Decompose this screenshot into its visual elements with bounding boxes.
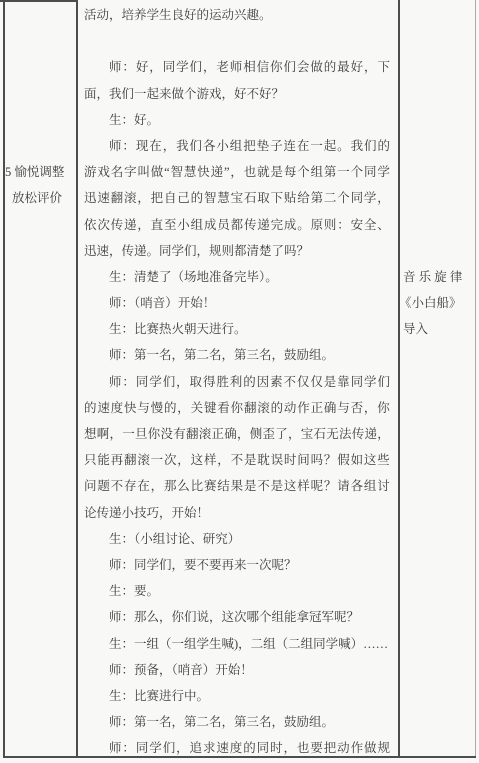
dialogue-column: 活动，培养学生良好的运动兴趣。师：好，同学们，老师相信你们会做的最好，下面，我们… [84, 2, 390, 761]
dialogue-line: 师：同学们，追求速度的同时，也要把动作做规 [84, 735, 390, 761]
dialogue-line: 迅速，传递。同学们，规则都清楚了吗？ [84, 238, 390, 264]
table-border-right [475, 0, 476, 758]
resource-column: 音 乐 旋 律《小白船》导入 [403, 264, 475, 343]
table-border-left [3, 0, 5, 758]
dialogue-line: 面，我们一起来做个游戏，好不好？ [84, 81, 390, 107]
dialogue-line: 师：那么，你们说，这次哪个组能拿冠军呢？ [84, 604, 390, 630]
table-divider-content-resource [398, 0, 400, 758]
stage-label-line: 5 愉悦调整 [5, 159, 75, 185]
dialogue-line: 生：清楚了（场地准备完毕）。 [84, 264, 390, 290]
dialogue-line: 的速度快与慢的，关键看你翻滚的动作正确与否，你 [84, 395, 390, 421]
dialogue-line: 只能再翻滚一次，这样，不是耽误时间吗？假如这些 [84, 447, 390, 473]
dialogue-line: 生：比赛进行中。 [84, 683, 390, 709]
dialogue-line: 问题不存在，那么比赛结果是不是这样呢？请各组讨 [84, 473, 390, 499]
dialogue-line: 生：好。 [84, 107, 390, 133]
stage-column: 5 愉悦调整放松评价 [5, 159, 75, 211]
dialogue-line: 论传递小技巧，开始！ [84, 500, 390, 526]
dialogue-line: 师：好，同学们，老师相信你们会做的最好，下 [84, 54, 390, 80]
dialogue-line: 依次传递，直至小组成员都传递完成。原则：安全、 [84, 212, 390, 238]
table-divider-stage-content [76, 0, 78, 758]
dialogue-line: 师：同学们，取得胜利的因素不仅仅是靠同学们 [84, 369, 390, 395]
dialogue-line: 生：（小组讨论、研究） [84, 526, 390, 552]
resource-note-line: 导入 [403, 316, 475, 342]
dialogue-line: 师：同学们，要不要再来一次呢？ [84, 552, 390, 578]
dialogue-line: 师：第一名，第二名，第三名，鼓励组。 [84, 709, 390, 735]
dialogue-line: 活动，培养学生良好的运动兴趣。 [84, 2, 390, 28]
dialogue-line: 生：一组（一组学生喊)，二组（二组同学喊）…… [84, 631, 390, 657]
resource-note-line: 音 乐 旋 律 [403, 264, 475, 290]
dialogue-line: 师：第一名，第二名，第三名，鼓励组。 [84, 342, 390, 368]
dialogue-line: 师：预备，（哨音）开始！ [84, 657, 390, 683]
resource-note-line: 《小白船》 [399, 290, 475, 316]
lesson-plan-page: 5 愉悦调整放松评价 活动，培养学生良好的运动兴趣。师：好，同学们，老师相信你们… [0, 0, 479, 763]
dialogue-line [84, 28, 390, 54]
table-row-border-top-left [0, 0, 78, 2]
dialogue-line: 生：比赛热火朝天进行。 [84, 316, 390, 342]
dialogue-line: 生：要。 [84, 578, 390, 604]
dialogue-line: 想啊，一旦你没有翻滚正确，侧歪了，宝石无法传递， [84, 421, 390, 447]
dialogue-line: 师：（哨音）开始！ [84, 290, 390, 316]
dialogue-line: 迅速翻滚，把自己的智慧宝石取下贴给第二个同学， [84, 185, 390, 211]
dialogue-line: 师：现在，我们各小组把垫子连在一起。我们的 [84, 133, 390, 159]
dialogue-line: 游戏名字叫做“智慧快递”，也就是每个组第一个同学 [84, 159, 390, 185]
stage-label-line: 放松评价 [5, 185, 75, 211]
